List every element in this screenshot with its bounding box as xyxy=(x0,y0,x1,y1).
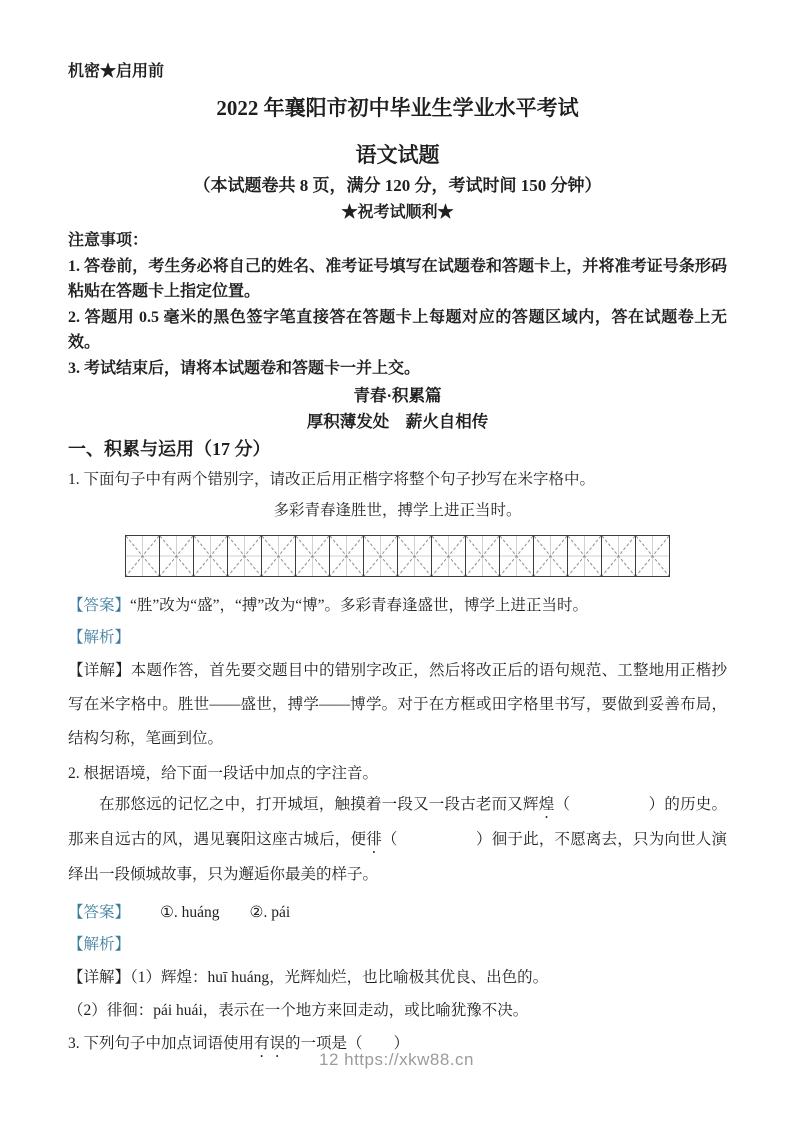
writing-grid xyxy=(130,535,665,577)
answer-label-2: 【答案】 xyxy=(68,904,130,921)
confidential-stamp: 机密★启用前 xyxy=(68,58,727,81)
mi-grid-cell xyxy=(397,535,432,577)
section-subtitle: 厚积薄发处 薪火自相传 xyxy=(68,409,727,435)
q2-passage-part1: 在那悠远的记忆之中，打开城垣，触摸着一段又一段古老而又辉 xyxy=(99,796,539,813)
notice-section: 注意事项： 1. 答卷前，考生务必将自己的姓名、准考证号填写在试题卷和答题卡上，… xyxy=(68,228,727,381)
q1-detail: 【详解】本题作答，首先要交题目中的错别字改正，然后将改正后的语句规范、工整地用正… xyxy=(68,654,727,756)
exam-info: （本试题卷共 8 页，满分 120 分，考试时间 150 分钟） xyxy=(68,174,727,198)
page-footer: 12 https://xkw88.cn xyxy=(0,1050,793,1070)
section-title: 青春·积累篇 xyxy=(68,383,727,409)
q2-answer-line: 【答案】①. huáng②. pái xyxy=(68,900,727,926)
mi-grid-cell xyxy=(533,535,568,577)
mi-grid-cell xyxy=(363,535,398,577)
mi-grid-cell xyxy=(193,535,228,577)
q1-answer-line: 【答案】“胜”改为“盛”，“搏”改为“博”。多彩青春逢盛世，博学上进正当时。 xyxy=(68,593,727,619)
doc-title: 2022 年襄阳市初中毕业生学业水平考试 xyxy=(68,94,727,122)
q2-detail-text-1: （1）辉煌：huī huáng，光辉灿烂，也比喻极其优良、出色的。 xyxy=(130,969,548,986)
mi-grid-cell xyxy=(601,535,636,577)
mi-grid-cell xyxy=(159,535,194,577)
q1-stem: 1. 下面句子中有两个错别字，请改正后用正楷字将整个句子抄写在米字格中。 xyxy=(68,468,727,492)
detail-label: 【详解】 xyxy=(68,662,131,679)
exam-page: 机密★启用前 2022 年襄阳市初中毕业生学业水平考试 语文试题 （本试题卷共 … xyxy=(0,0,793,1122)
mi-grid-cell xyxy=(567,535,602,577)
exam-wish: ★祝考试顺利★ xyxy=(68,202,727,224)
q1-sentence: 多彩青春逢胜世，搏学上进正当时。 xyxy=(68,500,727,522)
notice-item-3: 3. 考试结束后，请将本试题卷和答题卡一并上交。 xyxy=(68,356,727,382)
analysis-label-2: 【解析】 xyxy=(68,936,130,953)
mi-grid-cell xyxy=(499,535,534,577)
doc-subtitle: 语文试题 xyxy=(68,141,727,169)
q1-analysis-line: 【解析】 xyxy=(68,625,727,651)
mi-grid-cell xyxy=(227,535,262,577)
q2-detail-2: （2）徘徊：pái huái，表示在一个地方来回走动，或比喻犹豫不决。 xyxy=(68,998,727,1024)
q2-passage: 在那悠远的记忆之中，打开城垣，触摸着一段又一段古老而又辉煌（ ）的历史。那来自远… xyxy=(68,787,727,892)
q2-analysis-line: 【解析】 xyxy=(68,932,727,958)
answer-label: 【答案】 xyxy=(68,597,130,614)
mi-grid-cell xyxy=(329,535,364,577)
notice-item-2: 2. 答题用 0.5 毫米的黑色签字笔直接答在答题卡上每题对应的答题区域内，答在… xyxy=(68,305,727,356)
mi-grid-cell xyxy=(635,535,670,577)
q1-detail-text: 本题作答，首先要交题目中的错别字改正，然后将改正后的语句规范、工整地用正楷抄写在… xyxy=(68,662,727,747)
q2-detail-1: 【详解】（1）辉煌：huī huáng，光辉灿烂，也比喻极其优良、出色的。 xyxy=(68,965,727,991)
pinyin-answer-1: ①. huáng xyxy=(160,904,220,921)
q2-detail-text-2: （2）徘徊：pái huái，表示在一个地方来回走动，或比喻犹豫不决。 xyxy=(68,1002,528,1019)
mi-grid-cell xyxy=(431,535,466,577)
notice-heading: 注意事项： xyxy=(68,228,727,254)
mi-grid-cell xyxy=(125,535,160,577)
detail-label-2: 【详解】 xyxy=(68,969,130,986)
q1-answer-text: “胜”改为“盛”，“搏”改为“博”。多彩青春逢盛世，博学上进正当时。 xyxy=(130,597,588,614)
notice-item-1: 1. 答卷前，考生务必将自己的姓名、准考证号填写在试题卷和答题卡上，并将准考证号… xyxy=(68,254,727,305)
q2-stem: 2. 根据语境，给下面一段话中加点的字注音。 xyxy=(68,762,727,786)
pinyin-answer-2: ②. pái xyxy=(250,904,291,921)
dotted-char-huang: 煌 xyxy=(539,796,555,813)
part-heading: 一、积累与运用（17 分） xyxy=(68,436,727,463)
dotted-char-pai: 徘 xyxy=(366,831,382,848)
analysis-label: 【解析】 xyxy=(68,629,130,646)
mi-grid-cell xyxy=(261,535,296,577)
mi-grid-cell xyxy=(465,535,500,577)
mi-grid-cell xyxy=(295,535,330,577)
